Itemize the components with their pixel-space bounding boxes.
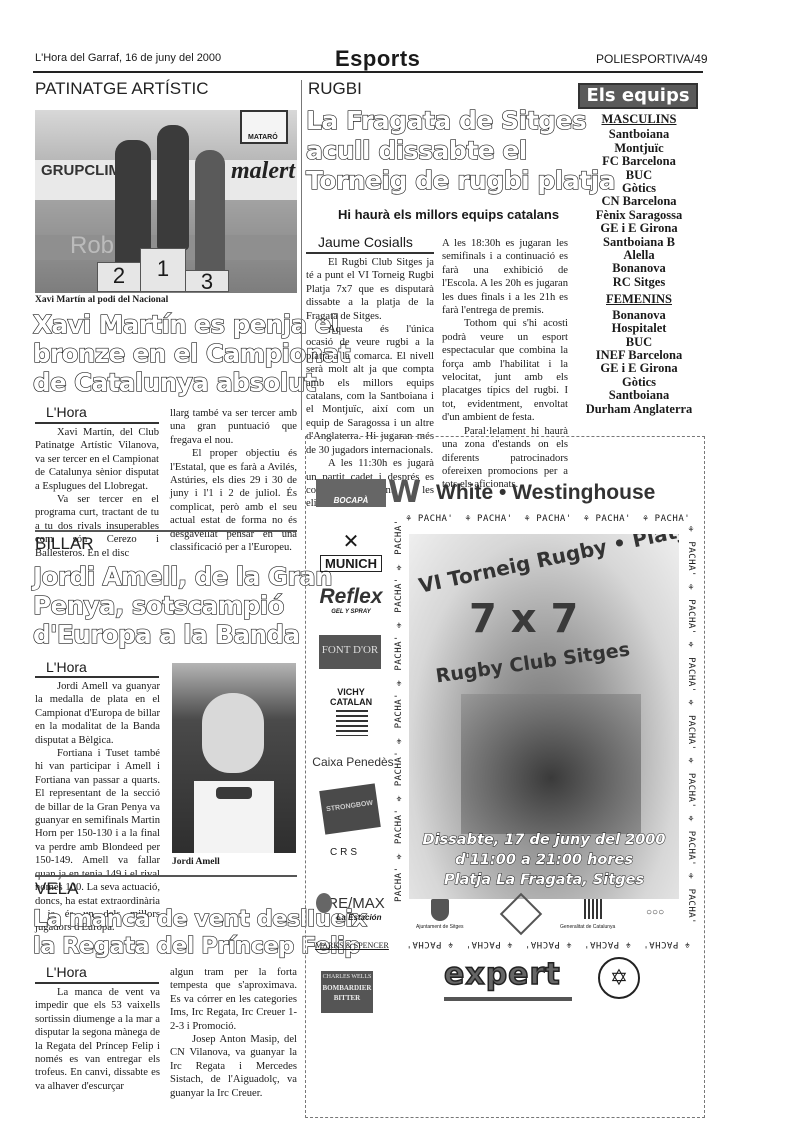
team: GE i E Girona: [572, 362, 706, 375]
brand-white-westinghouse: White • Westinghouse: [436, 481, 655, 505]
headline-line: La Fragata de Sitges: [306, 106, 615, 136]
header-rule: [33, 71, 703, 73]
byline-rule: [35, 422, 159, 424]
expert-underline: [444, 997, 572, 1001]
munich-logo-icon: ✕: [316, 529, 386, 554]
section-vela: VELA: [35, 879, 78, 899]
pacha-right-column: ⚘ PACHA' ⚘ PACHA' ⚘ PACHA' ⚘ PACHA' ⚘ PA…: [686, 525, 696, 925]
section-divider: [35, 530, 297, 532]
poster-club: Rugby Club Sitges: [434, 638, 631, 687]
section-divider: [35, 875, 297, 877]
pacha-label: PACHA': [595, 514, 631, 524]
headline-line: Torneig de rugbi platja: [306, 166, 615, 196]
pacha-label: PACHA': [686, 599, 696, 635]
byline-vela: L'Hora: [46, 964, 87, 980]
pacha-label: PACHA': [584, 939, 620, 949]
article-patinatge-col2: llarg també va ser tercer amb una gran p…: [170, 407, 297, 554]
pacha-label: PACHA': [418, 514, 454, 524]
headline-line: acull dissabte el: [306, 136, 615, 166]
podium-photo: GRUPCLIM malert MATARÓ Robin 2 1 3: [35, 110, 297, 293]
headline-line: bronze en el Campionat: [33, 339, 350, 368]
teams-box-title: Els equips: [578, 83, 698, 109]
pacha-label: PACHA': [686, 657, 696, 693]
team: CN Barcelona: [572, 195, 706, 208]
sponsor-munich: MUNICH: [320, 555, 382, 572]
cherry-icon: ⚘: [447, 939, 453, 949]
team: Santboiana: [572, 389, 706, 402]
pacha-label: PACHA': [394, 751, 404, 787]
bombardier-label: BOMBARDIER: [321, 984, 373, 992]
brand-expert: expert: [444, 957, 561, 992]
section-rugbi: RUGBI: [308, 79, 362, 99]
team: INEF Barcelona: [572, 349, 706, 362]
sponsor-charles-wells: CHARLES WELLS BOMBARDIER BITTER: [321, 971, 373, 1013]
sponsor-reflex-sub: GEL Y SPRAY: [316, 609, 386, 615]
sponsor-crs: CRS: [310, 847, 380, 858]
sponsor-caixa-penedes: Caixa Penedès: [310, 755, 396, 769]
headline-line: de Catalunya absolut: [33, 368, 350, 397]
team: Santboiana B: [572, 236, 706, 249]
sitges-shield-icon: [431, 899, 449, 921]
cherry-icon: ⚘: [584, 514, 590, 524]
headline-line: Penya, sotscampió: [33, 591, 332, 620]
headline-billar: Jordi Amell, de la Gran Penya, sotscampi…: [33, 562, 332, 649]
pacha-label: PACHA': [394, 635, 404, 671]
section-title: Esports: [335, 46, 420, 72]
team: FC Barcelona: [572, 155, 706, 168]
pacha-label: PACHA': [394, 809, 404, 845]
teams-list: MASCULINS Santboiana Montjuïc FC Barcelo…: [572, 113, 706, 416]
event-place: Platja La Fragata, Sitges: [409, 872, 679, 888]
team: Durham Anglaterra: [572, 403, 706, 416]
advertisement: W White • Westinghouse BOCAPÀ ✕ MUNICH R…: [305, 436, 705, 1118]
team: RC Sitges: [572, 276, 706, 289]
headline-line: d'Europa a la Banda: [33, 620, 332, 649]
publication-date: L'Hora del Garraf, 16 de juny del 2000: [35, 52, 221, 64]
podium-1: 1: [140, 248, 186, 292]
headline-line: Jordi Amell, de la Gran: [33, 562, 332, 591]
generalitat-logo-icon: [584, 899, 604, 919]
paragraph: llarg també va ser tercer amb una gran p…: [170, 407, 297, 447]
sponsor-strongbow: STRONGBOW: [319, 783, 381, 834]
femenins-heading: FEMENINS: [572, 293, 706, 306]
team: Bonanova: [572, 262, 706, 275]
sponsor-remax-sub: La Estación: [324, 913, 394, 922]
olympic-rings-icon: ○○○: [646, 907, 664, 918]
balloon-icon: [316, 893, 332, 913]
sign-mataro: MATARÓ: [248, 134, 278, 141]
diamond-logo-icon: [500, 893, 542, 935]
byline-rule: [35, 982, 159, 984]
jordi-amell-photo: [172, 663, 296, 853]
section-billar: BILLAR: [35, 534, 94, 554]
sponsor-bocapa: BOCAPÀ: [316, 479, 386, 507]
pacha-label: PACHA': [394, 519, 404, 555]
sponsor-reflex: Reflex: [316, 585, 386, 609]
skater-first: [157, 125, 189, 250]
paragraph: algun tram per la forta tempesta que s'a…: [170, 966, 297, 1033]
event-date: Dissabte, 17 de juny del 2000: [409, 832, 679, 848]
pacha-label: PACHA': [686, 831, 696, 867]
column-rule: [301, 80, 302, 430]
masculins-heading: MASCULINS: [572, 113, 706, 126]
team: Alella: [572, 249, 706, 262]
bitter-label: BITTER: [321, 994, 373, 1002]
pacha-label: PACHA': [524, 939, 560, 949]
pacha-top-row: ⚘ PACHA' ⚘ PACHA' ⚘ PACHA' ⚘ PACHA' ⚘ PA…: [406, 514, 690, 524]
pacha-label: PACHA': [643, 939, 679, 949]
pacha-label: PACHA': [686, 889, 696, 925]
page-number: POLIESPORTIVA/49: [596, 52, 708, 66]
sign-malert: malert: [231, 158, 295, 185]
pacha-label: PACHA': [406, 939, 442, 949]
pacha-label: PACHA': [394, 577, 404, 613]
face: [202, 693, 264, 773]
pacha-label: PACHA': [465, 939, 501, 949]
sign-grupclim: GRUPCLIM: [41, 162, 121, 179]
paragraph: El Rugbi Club Sitges ja té a punt el VI …: [306, 256, 434, 323]
team: Fènix Saragossa: [572, 209, 706, 222]
cherry-icon: ⚘: [625, 939, 631, 949]
byline-billar: L'Hora: [46, 659, 87, 675]
expert-star-icon: ✡: [598, 957, 640, 999]
article-vela-col2: algun tram per la forta tempesta que s'a…: [170, 966, 297, 1100]
byline-patinatge: L'Hora: [46, 404, 87, 420]
byline-rule: [35, 676, 159, 678]
charles-wells-label: CHARLES WELLS: [321, 974, 373, 980]
team: Hospitalet: [572, 322, 706, 335]
cherry-icon: ⚘: [406, 514, 412, 524]
team: Gòtics: [572, 182, 706, 195]
institution-generalitat: Generalitat de Catalunya: [560, 924, 615, 930]
pacha-label: PACHA': [686, 773, 696, 809]
cherry-icon: ⚘: [524, 514, 530, 524]
pacha-label: PACHA': [655, 514, 691, 524]
skater-third: [195, 150, 225, 280]
paragraph: El proper objectiu és l'Estatal, que es …: [170, 447, 297, 554]
rugby-ball-image: [461, 694, 641, 834]
pacha-label: PACHA': [686, 715, 696, 751]
sponsor-marks-spencer: MARKS & SPENCER: [312, 941, 392, 950]
team: Santboiana: [572, 128, 706, 141]
pacha-label: PACHA': [394, 866, 404, 902]
paragraph: Tothom qui s'hi acosti podrà veure un es…: [442, 317, 568, 424]
headline-rugbi: La Fragata de Sitges acull dissabte el T…: [306, 106, 615, 196]
byline-rule: [306, 252, 434, 254]
headline-line: Xavi Martín es penja el: [33, 310, 350, 339]
vichy-logo-icon: [336, 710, 368, 736]
section-patinatge: PATINATGE ARTÍSTIC: [35, 79, 209, 99]
cherry-icon: ⚘: [684, 939, 690, 949]
bow-tie: [216, 787, 252, 799]
paragraph: A les 18:30h es jugaran les semifinals i…: [442, 237, 568, 317]
event-time: d'11:00 a 21:00 hores: [409, 852, 679, 868]
paragraph: Xavi Martín, del Club Patinatge Artístic…: [35, 426, 159, 493]
pacha-left-column: PACHA' ⚘ PACHA' ⚘ PACHA' ⚘ PACHA' ⚘ PACH…: [394, 517, 404, 902]
sponsor-font-dor: FONT D'OR: [319, 635, 381, 669]
paragraph: Jordi Amell va guanyar la medalla de pla…: [35, 680, 160, 747]
pacha-label: PACHA': [477, 514, 513, 524]
podium-2: 2: [97, 262, 141, 292]
photo-caption: Xavi Martín al podi del Nacional: [35, 295, 168, 305]
team: Bonanova: [572, 309, 706, 322]
headline-patinatge: Xavi Martín es penja el bronze en el Cam…: [33, 310, 350, 397]
pacha-label: PACHA': [394, 693, 404, 729]
team: BUC: [572, 169, 706, 182]
subhead-rugbi: Hi haurà els millors equips catalans: [338, 207, 559, 222]
poster-7x7: 7 x 7: [469, 596, 578, 642]
w-logo-icon: W: [388, 475, 417, 510]
pacha-label: PACHA': [536, 514, 572, 524]
cherry-icon: ⚘: [465, 514, 471, 524]
cherry-icon: ⚘: [507, 939, 513, 949]
paragraph: Josep Anton Masip, del CN Vilanova, va g…: [170, 1033, 297, 1100]
pacha-label: PACHA': [686, 541, 696, 577]
byline-rugbi: Jaume Cosialls: [318, 234, 413, 250]
photo-caption: Jordi Amell: [172, 857, 220, 867]
sponsor-vichy-catalan: VICHY CATALAN: [316, 687, 386, 707]
pacha-bottom-row: ⚘ PACHA' ⚘ PACHA' ⚘ PACHA' ⚘ PACHA' ⚘ PA…: [406, 939, 690, 949]
poster-title: VI Torneig Rugby • Platja: [417, 534, 679, 598]
team: Montjuïc: [572, 142, 706, 155]
article-vela-col1: La manca de vent va impedir que els 53 v…: [35, 986, 160, 1093]
team: Gòtics: [572, 376, 706, 389]
cherry-icon: ⚘: [643, 514, 649, 524]
podium-3: 3: [185, 270, 229, 292]
cherry-icon: ⚘: [566, 939, 572, 949]
paragraph: La manca de vent va impedir que els 53 v…: [35, 986, 160, 1093]
team: BUC: [572, 336, 706, 349]
team: GE i E Girona: [572, 222, 706, 235]
institution-sitges: Ajuntament de Sitges: [416, 924, 464, 930]
